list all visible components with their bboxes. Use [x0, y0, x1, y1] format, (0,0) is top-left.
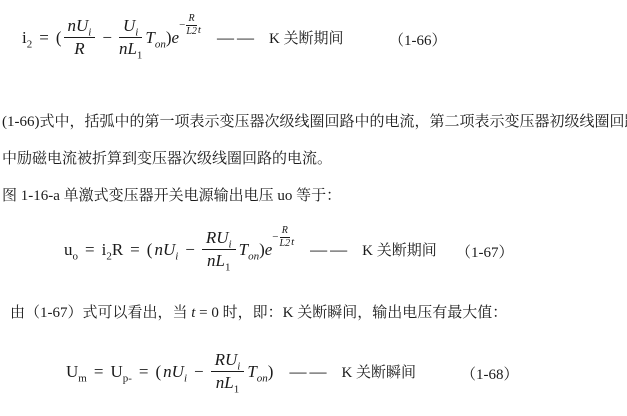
- eq67-fraction: RUi nL1: [202, 228, 236, 272]
- eq67-lhs-uo: uo: [64, 240, 78, 260]
- eq67-ton: Ton: [239, 240, 259, 260]
- equation-1-66: i2 = ( nUi R − Ui nL1 Ton ) e − RL2 t ——…: [22, 16, 344, 60]
- eq66-label: K 关断期间: [269, 27, 344, 48]
- eq67-minus: −: [185, 240, 195, 260]
- eq68-label: K 关断瞬间: [341, 361, 416, 382]
- eq66-equals: =: [39, 28, 49, 48]
- eq66-open-paren: (: [56, 28, 62, 48]
- paragraph-2-segment-1: 由（1-67）式可以看出，当: [10, 305, 191, 321]
- eq66-ton: Ton: [145, 28, 165, 48]
- eq66-fraction-1: nUi R: [64, 16, 96, 60]
- eq66-lhs-i2: i2: [22, 28, 32, 48]
- eq67-number: （1-67）: [456, 241, 514, 262]
- eq68-lhs-up: Up-: [110, 362, 131, 382]
- eq67-term-nui: nUi: [154, 240, 178, 260]
- eq67-open-paren: (: [147, 240, 153, 260]
- paragraph-1-line-1: (1-66)式中，括弧中的第一项表示变压器次级线圈回路中的电流，第二项表示变压器…: [2, 110, 627, 131]
- eq67-equals-2: =: [130, 240, 140, 260]
- eq66-dashes: ——: [217, 28, 257, 48]
- eq67-lhs-i2r: i2R: [102, 240, 124, 260]
- eq67-dashes: ——: [310, 240, 350, 260]
- eq68-minus: −: [194, 362, 204, 382]
- eq68-term-nui: nUi: [163, 362, 187, 382]
- eq68-fraction: RUi nL1: [211, 350, 245, 394]
- eq67-exponent: − RL2 t: [272, 225, 294, 249]
- paragraph-1-line-2: 中励磁电流被折算到变压器次级线圈回路的电流。: [2, 147, 332, 168]
- eq66-number: （1-66）: [389, 29, 447, 50]
- eq68-lhs-um: Um: [66, 362, 87, 382]
- eq67-label: K 关断期间: [362, 239, 437, 260]
- eq68-open-paren: (: [155, 362, 161, 382]
- eq66-exponent: − RL2 t: [179, 13, 201, 37]
- paragraph-2-segment-2: = 0 时，即：K 关断瞬间，输出电压有最大值：: [195, 305, 507, 321]
- equation-1-67: uo = i2R = ( nUi − RUi nL1 Ton ) e − RL2…: [64, 228, 437, 272]
- eq66-fraction-2: Ui nL1: [119, 16, 142, 60]
- equation-1-68: Um = Up- = ( nUi − RUi nL1 Ton ) —— K 关断…: [66, 350, 416, 394]
- eq68-close-paren: ): [268, 362, 274, 382]
- eq66-e: e: [172, 28, 180, 48]
- eq66-minus: −: [102, 28, 112, 48]
- eq68-equals-1: =: [94, 362, 104, 382]
- document-page: i2 = ( nUi R − Ui nL1 Ton ) e − RL2 t ——…: [0, 0, 627, 416]
- eq68-number: （1-68）: [461, 363, 519, 384]
- figure-reference-line: 图 1-16-a 单激式变压器开关电源输出电压 uo 等于：: [2, 184, 341, 205]
- eq67-e: e: [265, 240, 273, 260]
- eq68-ton: Ton: [247, 362, 267, 382]
- eq68-equals-2: =: [139, 362, 149, 382]
- eq68-dashes: ——: [289, 362, 329, 382]
- eq67-equals-1: =: [85, 240, 95, 260]
- paragraph-2: 由（1-67）式可以看出，当 t = 0 时，即：K 关断瞬间，输出电压有最大值…: [10, 301, 507, 322]
